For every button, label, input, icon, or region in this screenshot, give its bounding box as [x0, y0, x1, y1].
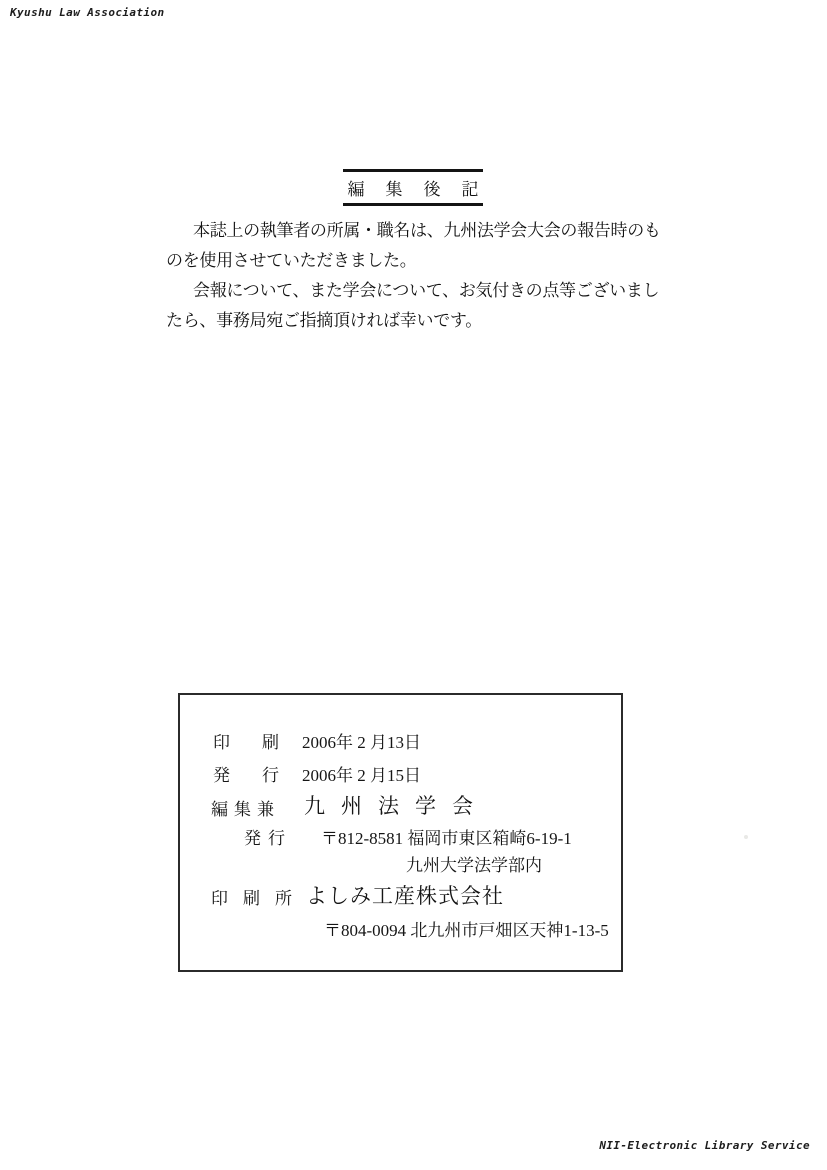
library-watermark-top: Kyushu Law Association: [10, 6, 165, 19]
colophon-label-publisher: 発行: [244, 824, 285, 849]
colophon-box: 印刷 2006年 2 月13日 発行 2006年 2 月15日 編集兼 九州法学…: [178, 693, 623, 972]
library-watermark-bottom: NII-Electronic Library Service: [599, 1139, 810, 1152]
colophon-label-printer: 印刷所: [211, 884, 292, 909]
colophon-label-published: 発行: [213, 761, 279, 786]
scan-artifact-dot: [744, 835, 748, 839]
paragraph2-line2: たら、事務局宛ご指摘頂ければ幸いです。: [166, 306, 686, 336]
colophon-value-printed-date: 2006年 2 月13日: [302, 728, 421, 753]
section-title: 編集後記: [348, 175, 500, 200]
colophon-value-published-date: 2006年 2 月15日: [302, 761, 421, 786]
colophon-value-printer-name: よしみ工産株式会社: [306, 880, 504, 910]
editorial-body: 本誌上の執筆者の所属・職名は、九州法学会大会の報告時のも のを使用させていただき…: [166, 216, 686, 336]
colophon-value-editor-name: 九州法学会: [304, 790, 489, 820]
colophon-value-publisher-address: 〒812-8581 福岡市東区箱崎6-19-1: [321, 824, 572, 849]
paragraph2-line1: 会報について、また学会について、お気付きの点等ございまし: [166, 276, 686, 306]
scanned-document-page: Kyushu Law Association 編集後記 本誌上の執筆者の所属・職…: [0, 0, 827, 1170]
colophon-value-publisher-address2: 九州大学法学部内: [406, 851, 542, 876]
section-title-box: 編集後記: [343, 169, 483, 206]
paragraph1-line2: のを使用させていただきました。: [166, 246, 686, 276]
paragraph1-line1: 本誌上の執筆者の所属・職名は、九州法学会大会の報告時のも: [166, 216, 686, 246]
colophon-label-printed: 印刷: [213, 728, 279, 753]
colophon-label-editor: 編集兼: [211, 795, 274, 820]
colophon-value-printer-address: 〒804-0094 北九州市戸畑区天神1-13-5: [324, 916, 609, 941]
